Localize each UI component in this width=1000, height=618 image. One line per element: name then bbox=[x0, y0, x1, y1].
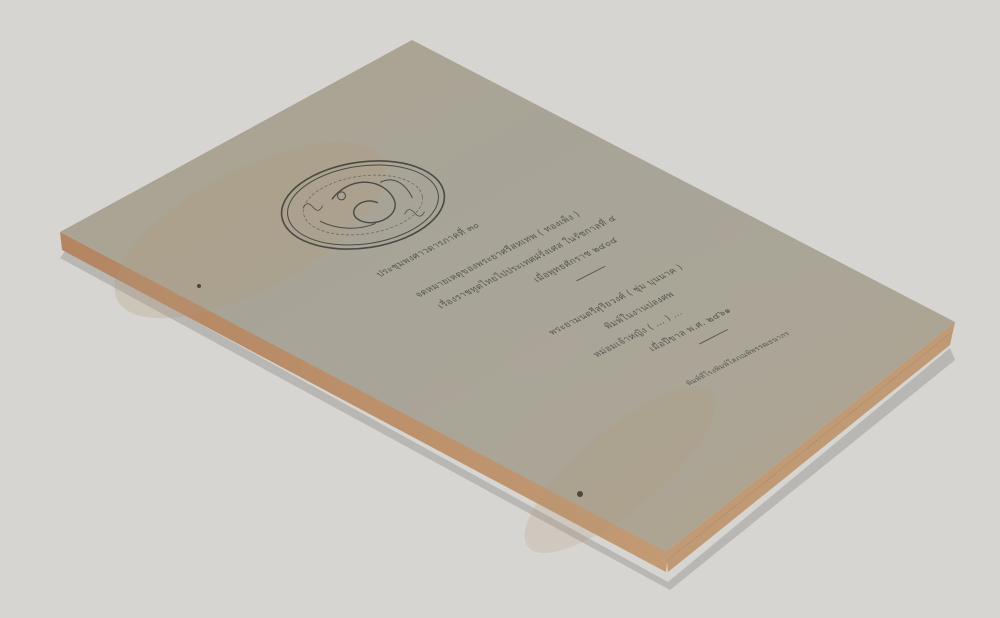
photo-scene: ประชุมพงศาวดารภาคที่ ๓๐ จดหมายเหตุของพระ… bbox=[0, 0, 1000, 618]
book-illustration bbox=[0, 0, 1000, 618]
